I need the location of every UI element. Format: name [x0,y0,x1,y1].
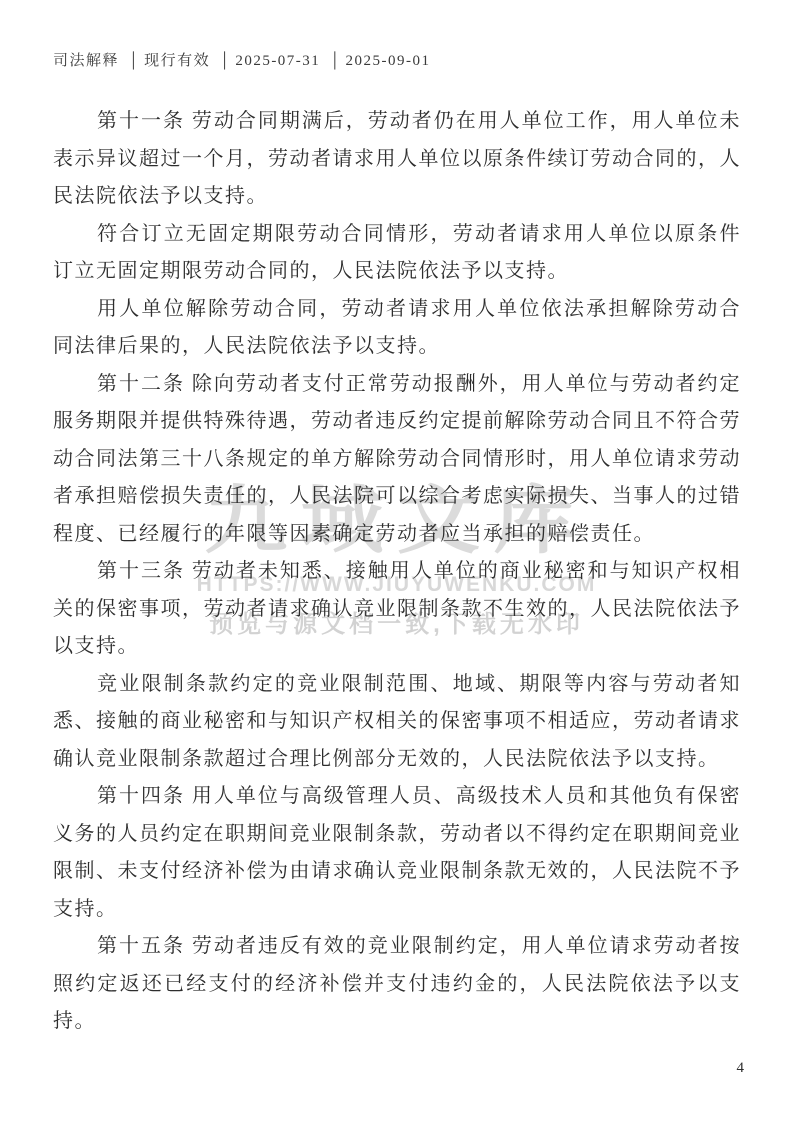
document-page: 九域文库 HTTPS://WWW.JIUYUWENKU.COM 预览与源文档一致… [0,0,793,1122]
article-paragraph: 竞业限制条款约定的竞业限制范围、地域、期限等内容与劳动者知悉、接触的商业秘密和与… [53,666,741,779]
meta-separator: │ [329,53,341,70]
page-number: 4 [737,1060,745,1077]
meta-separator: │ [128,53,140,70]
document-meta-header: 司法解释│现行有效│2025-07-31│2025-09-01 [53,49,430,70]
article-paragraph: 第十三条 劳动者未知悉、接触用人单位的商业秘密和与知识产权相关的保密事项，劳动者… [53,553,741,666]
article-paragraph: 用人单位解除劳动合同，劳动者请求用人单位依法承担解除劳动合同法律后果的，人民法院… [53,291,741,366]
doc-publish-date: 2025-07-31 [235,53,320,69]
article-paragraph: 第十四条 用人单位与高级管理人员、高级技术人员和其他负有保密义务的人员约定在职期… [53,778,741,928]
doc-status-label: 现行有效 [144,53,210,69]
doc-effective-date: 2025-09-01 [345,53,430,69]
article-paragraph: 符合订立无固定期限劳动合同情形，劳动者请求用人单位以原条件订立无固定期限劳动合同… [53,216,741,291]
meta-separator: │ [219,53,231,70]
doc-type-label: 司法解释 [53,53,119,69]
article-paragraph: 第十二条 除向劳动者支付正常劳动报酬外，用人单位与劳动者约定服务期限并提供特殊待… [53,366,741,554]
article-paragraph: 第十一条 劳动合同期满后，劳动者仍在用人单位工作，用人单位未表示异议超过一个月，… [53,103,741,216]
document-body: 第十一条 劳动合同期满后，劳动者仍在用人单位工作，用人单位未表示异议超过一个月，… [53,103,741,1041]
article-paragraph: 第十五条 劳动者违反有效的竞业限制约定，用人单位请求劳动者按照约定返还已经支付的… [53,928,741,1041]
